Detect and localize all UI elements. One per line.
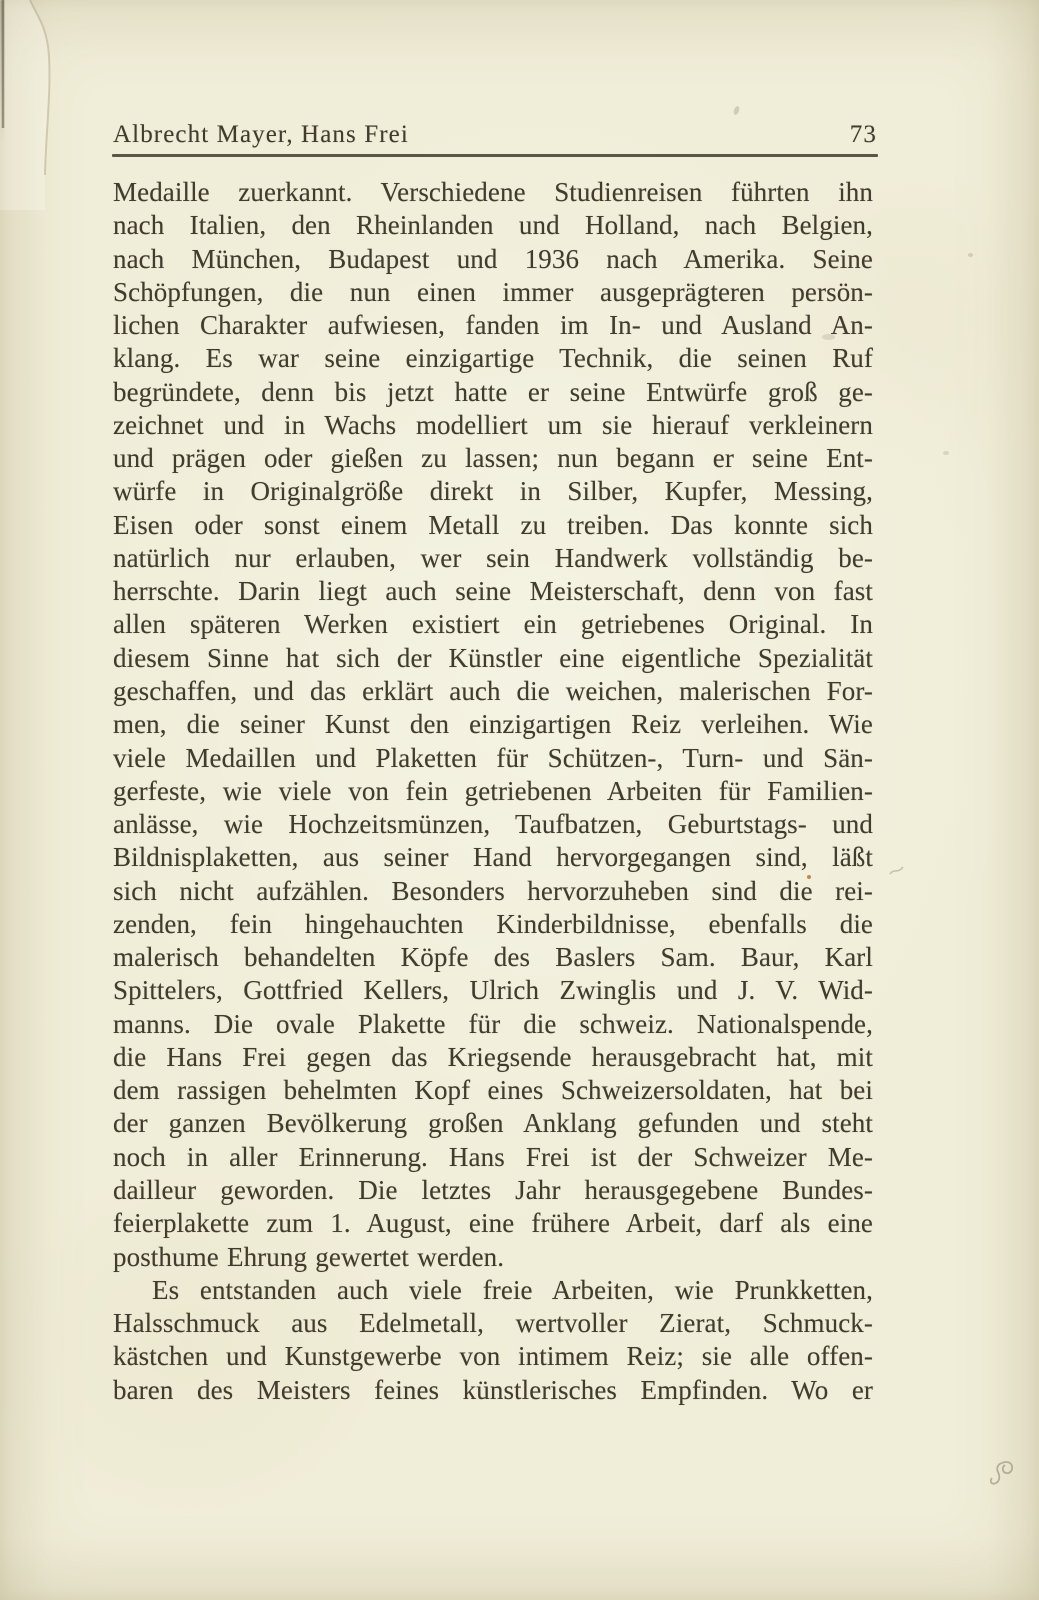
text-line: nach München, Budapest und 1936 nach Ame… [113,243,873,276]
pencil-tick-mark [888,862,906,880]
text-line: baren des Meisters feines künstlerisches… [113,1374,873,1407]
text-line: Bildnisplaketten, aus seiner Hand hervor… [113,841,873,874]
text-line: allen späteren Werken existiert ein getr… [113,608,873,641]
text-line: die Hans Frei gegen das Kriegsende herau… [113,1041,873,1074]
text-line: geschaffen, und das erklärt auch die wei… [113,675,873,708]
text-line: viele Medaillen und Plaketten für Schütz… [113,742,873,775]
running-title: Albrecht Mayer, Hans Frei [113,121,409,149]
page-corner-crease [0,0,130,210]
text-line: herrschte. Darin liegt auch seine Meiste… [113,575,873,608]
page-header: Albrecht Mayer, Hans Frei 73 [113,121,877,149]
text-line-paragraph-end: posthume Ehrung gewertet werden. [113,1241,873,1274]
text-line: natürlich nur erlauben, wer sein Handwer… [113,542,873,575]
text-line: zenden, fein hingehauchten Kinderbildnis… [113,908,873,941]
text-line: men, die seiner Kunst den einzigartigen … [113,708,873,741]
text-line: diesem Sinne hat sich der Künstler eine … [113,642,873,675]
text-line: begründete, denn bis jetzt hatte er sein… [113,376,873,409]
document-page: Albrecht Mayer, Hans Frei 73 Medaille zu… [0,0,1039,1600]
paper-speck [968,253,973,257]
text-line: Schöpfungen, die nun einen immer ausgepr… [113,276,873,309]
text-line: klang. Es war seine einzigartige Technik… [113,342,873,375]
text-line: gerfeste, wie viele von fein getriebenen… [113,775,873,808]
text-line-paragraph-start: Es entstanden auch viele freie Arbeiten,… [113,1274,873,1307]
paper-speck [943,451,949,455]
text-line: Halsschmuck aus Edelmetall, wertvoller Z… [113,1307,873,1340]
text-line: Eisen oder sonst einem Metall zu treiben… [113,509,873,542]
text-line: Spittelers, Gottfried Kellers, Ulrich Zw… [113,974,873,1007]
text-line: dem rassigen behelmten Kopf eines Schwei… [113,1074,873,1107]
text-line: malerisch behandelten Köpfe des Baslers … [113,941,873,974]
text-line: würfe in Originalgröße direkt in Silber,… [113,475,873,508]
header-rule [112,154,878,157]
text-line: zeichnet und in Wachs modelliert um sie … [113,409,873,442]
text-line: nach Italien, den Rheinlanden und Hollan… [113,209,873,242]
scan-edge-artifact [0,0,4,148]
text-line: kästchen und Kunstgewerbe von intimem Re… [113,1340,873,1373]
page-number: 73 [850,121,877,149]
text-line: Medaille zuerkannt. Verschiedene Studien… [113,176,873,209]
margin-pencil-mark: 76 [988,1448,1022,1488]
text-line: der ganzen Bevölkerung großen Anklang ge… [113,1107,873,1140]
text-line: feierplakette zum 1. August, eine früher… [113,1207,873,1240]
text-block: Medaille zuerkannt. Verschiedene Studien… [113,176,873,1407]
text-line: anlässe, wie Hochzeitsmünzen, Taufbatzen… [113,808,873,841]
text-line: dailleur geworden. Die letztes Jahr hera… [113,1174,873,1207]
text-line: noch in aller Erinnerung. Hans Frei ist … [113,1141,873,1174]
text-line: manns. Die ovale Plakette für die schwei… [113,1008,873,1041]
text-line: und prägen oder gießen zu lassen; nun be… [113,442,873,475]
paper-speck [733,105,741,115]
text-line: lichen Charakter aufwiesen, fanden im In… [113,309,873,342]
text-line: sich nicht aufzählen. Besonders hervorzu… [113,875,873,908]
